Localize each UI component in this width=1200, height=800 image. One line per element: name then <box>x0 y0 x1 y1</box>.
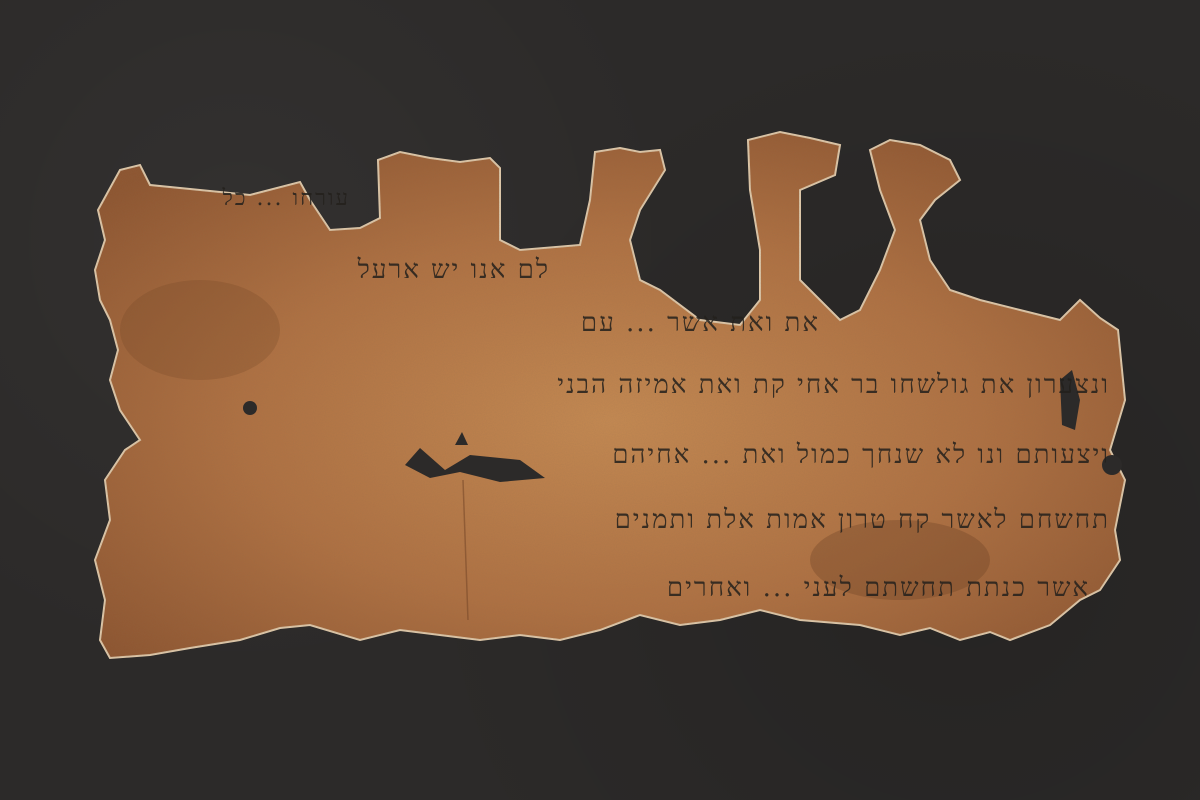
text-line-7: אשר כנתת תחשתם לעני ... ואחרים <box>667 573 1090 603</box>
parchment-fragment <box>0 0 1200 800</box>
hole <box>243 401 257 415</box>
text-line-5: ויצעותם ונו לא שנחך כמול ואת ... אחיהם <box>612 440 1110 470</box>
text-line-2: לם אנו יש ארעל <box>358 255 550 285</box>
text-line-1: עורחו ... כל <box>222 185 350 211</box>
text-line-4: ונצערון את גולשחו בר אחי קת ואת אמיזה הב… <box>557 370 1110 400</box>
dark-stain <box>120 280 280 380</box>
text-line-3: את ואת אשר ... עם <box>581 308 820 338</box>
text-line-6: תחשחם לאשר קח טרון אמות אלת ותמנים <box>615 505 1110 535</box>
